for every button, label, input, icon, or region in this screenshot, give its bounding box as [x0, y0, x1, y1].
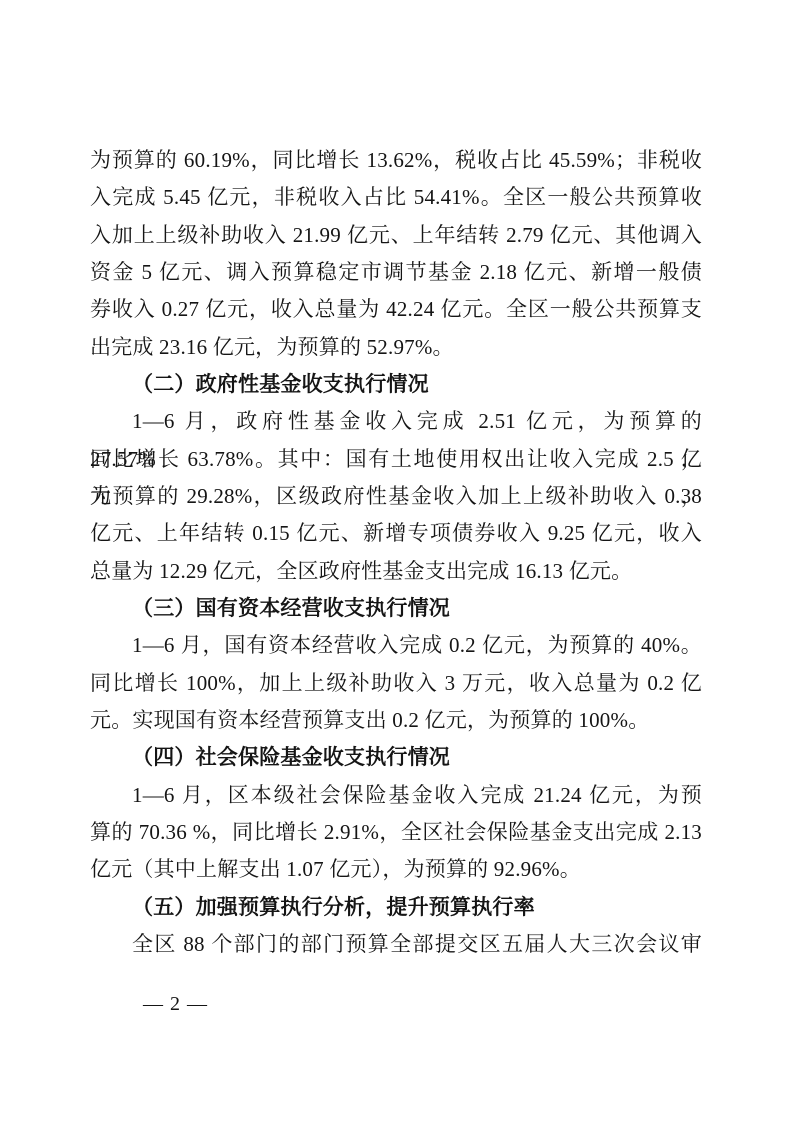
text-line: 券收入 0.27 亿元，收入总量为 42.24 亿元。全区一般公共预算支 — [90, 291, 702, 328]
text-line: 亿元（其中上解支出 1.07 亿元），为预算的 92.96%。 — [90, 851, 702, 888]
section-heading: （二）政府性基金收支执行情况 — [90, 366, 702, 403]
text-line: 出完成 23.16 亿元，为预算的 52.97%。 — [90, 329, 702, 366]
text-line: 总量为 12.29 亿元，全区政府性基金支出完成 16.13 亿元。 — [90, 553, 702, 590]
text-line: 资金 5 亿元、调入预算稳定市调节基金 2.18 亿元、新增一般债 — [90, 254, 702, 291]
text-line: 全区 88 个部门的部门预算全部提交区五届人大三次会议审 — [90, 926, 702, 963]
section-heading: （四）社会保险基金收支执行情况 — [90, 739, 702, 776]
text-line: 算的 70.36 %，同比增长 2.91%，全区社会保险基金支出完成 2.13 — [90, 814, 702, 851]
text-line: 1—6 月，国有资本经营收入完成 0.2 亿元，为预算的 40%。 — [90, 627, 702, 664]
text-line: 为预算的 60.19%，同比增长 13.62%，税收占比 45.59%；非税收 — [90, 142, 702, 179]
text-line: 入加上上级补助收入 21.99 亿元、上年结转 2.79 亿元、其他调入 — [90, 217, 702, 254]
text-line: 同比增长 100%，加上上级补助收入 3 万元，收入总量为 0.2 亿 — [90, 665, 702, 702]
text-line: 同比增长 63.78%。其中：国有土地使用权出让收入完成 2.5 亿元， — [90, 441, 702, 478]
document-body: 为预算的 60.19%，同比增长 13.62%，税收占比 45.59%；非税收入… — [90, 142, 702, 963]
text-line: 入完成 5.45 亿元，非税收入占比 54.41%。全区一般公共预算收 — [90, 179, 702, 216]
document-lines: 为预算的 60.19%，同比增长 13.62%，税收占比 45.59%；非税收入… — [90, 142, 702, 963]
text-line: 元。实现国有资本经营预算支出 0.2 亿元，为预算的 100%。 — [90, 702, 702, 739]
text-line: 为预算的 29.28%，区级政府性基金收入加上上级补助收入 0.38 — [90, 478, 702, 515]
text-line: 1—6 月，区本级社会保险基金收入完成 21.24 亿元，为预 — [90, 777, 702, 814]
section-heading: （五）加强预算执行分析，提升预算执行率 — [90, 889, 702, 926]
text-line: 亿元、上年结转 0.15 亿元、新增专项债券收入 9.25 亿元，收入 — [90, 515, 702, 552]
page-number: — 2 — — [143, 992, 208, 1016]
document-page: 为预算的 60.19%，同比增长 13.62%，税收占比 45.59%；非税收入… — [0, 0, 793, 1122]
section-heading: （三）国有资本经营收支执行情况 — [90, 590, 702, 627]
text-line: 1—6 月，政府性基金收入完成 2.51 亿元，为预算的 27.57%， — [90, 403, 702, 440]
